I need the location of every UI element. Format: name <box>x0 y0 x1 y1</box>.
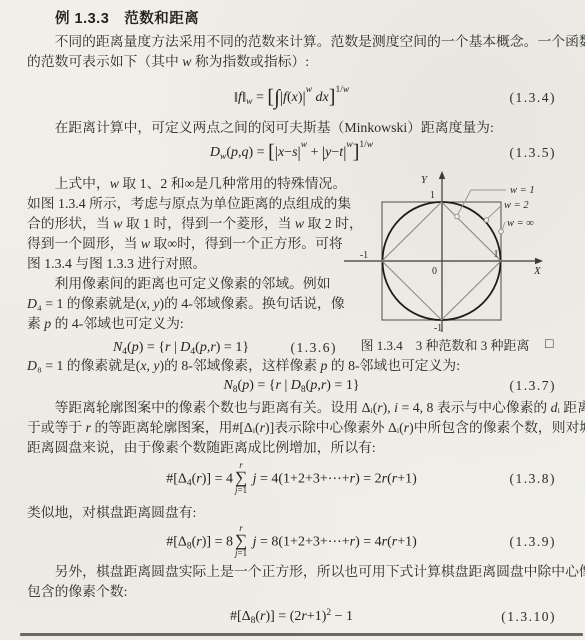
paragraph-line: 图 1.3.4 与图 1.3.3 进行对照。 <box>27 254 337 274</box>
equation-number: (1.3.10) <box>501 607 556 627</box>
equation-body: Dw(p,q) = [|x−s|w + |y−t|w]1/w <box>210 143 373 163</box>
leader-w-2 <box>488 205 502 218</box>
square-note-paragraph: 另外，棋盘距离圆盘实际上是一个正方形，所以也可用下式计算棋盘距离圆盘中除中心像素… <box>27 562 560 602</box>
paragraph-line: 合的形状，当 w 取 1 时，得到一个菱形，当 w 取 2 时， <box>27 214 337 234</box>
tick-left-minus-1: -1 <box>360 250 368 261</box>
figure-1-3-4: Y X 1 -1 1 0 -1 w = 1 w = 2 w = ∞ <box>338 170 562 344</box>
equation-1-3-8: #[Δ4(r)] = 4r∑j=1 j = 4(1+2+3+⋯+r) = 2r(… <box>27 458 556 500</box>
equation-1-3-5: Dw(p,q) = [|x−s|w + |y−t|w]1/w (1.3.5) <box>27 134 556 172</box>
contour-paragraph: 等距离轮廓图案中的像素个数也与距离有关。设用 Δᵢ(r), i = 4, 8 表… <box>27 398 560 458</box>
paragraph-line: 不同的距离量度方法采用不同的范数来计算。范数是测度空间的一个基本概念。一个函数 … <box>27 32 560 52</box>
equation-number: (1.3.6) <box>291 338 338 358</box>
curve-label-w-2: w = 2 <box>504 200 529 211</box>
paragraph-line: 得到一个圆形，当 w 取∞时，得到一个正方形。可将 <box>27 234 337 254</box>
equation-number: (1.3.5) <box>510 143 557 163</box>
d8-paragraph: D₈ = 1 的像素就是(x, y)的 8-邻域像素，这样像素 p 的 8-邻域… <box>27 356 560 376</box>
tick-bottom-minus-1: -1 <box>434 323 442 334</box>
leader-w-infinity <box>503 222 506 229</box>
paragraph-line: D₈ = 1 的像素就是(x, y)的 8-邻域像素，这样像素 p 的 8-邻域… <box>27 356 560 376</box>
marker-w-1 <box>455 214 460 219</box>
marker-w-infinity <box>499 229 504 234</box>
equation-number: (1.3.8) <box>510 469 557 489</box>
paragraph-line: 类似地，对棋盘距离圆盘有: <box>27 503 560 523</box>
x-axis-arrow-icon <box>535 258 543 264</box>
norms-distances-plot: Y X 1 -1 1 0 -1 w = 1 w = 2 w = ∞ <box>338 170 562 338</box>
paragraph-line: 另外，棋盘距离圆盘实际上是一个正方形，所以也可用下式计算棋盘距离圆盘中除中心像素… <box>27 562 560 582</box>
left-column-text: 上式中，w 取 1、2 和∞是几种常用的特殊情况。 如图 1.3.4 所示，考虑… <box>27 174 337 360</box>
equation-body: #[Δ8(r)] = 8r∑j=1 j = 8(1+2+3+⋯+r) = 4r(… <box>166 525 417 559</box>
equation-body: N4(p) = {r | D4(p,r) = 1} <box>113 338 249 358</box>
paragraph-line: 距离圆盘来说，由于像素个数随距离成比例增加，所以有: <box>27 438 560 458</box>
curve-label-w-infinity: w = ∞ <box>507 218 534 229</box>
equation-1-3-10: #[Δ8(r)] = (2r+1)2 − 1 (1.3.10) <box>27 604 556 630</box>
tick-right-1: 1 <box>494 249 499 260</box>
page-bottom-rule <box>20 633 583 636</box>
paragraph-line: 的范数可表示如下（其中 w 称为指数或指标）: <box>27 52 560 72</box>
end-of-example-icon: □ <box>545 335 553 355</box>
marker-w-2 <box>484 218 489 223</box>
equation-number: (1.3.4) <box>510 88 557 108</box>
y-axis-arrow-icon <box>439 171 445 179</box>
tick-top-1: 1 <box>430 190 435 201</box>
paragraph-line: 如图 1.3.4 所示，考虑与原点为单位距离的点组成的集 <box>27 194 337 214</box>
equation-body: #[Δ8(r)] = (2r+1)2 − 1 <box>230 607 353 627</box>
equation-body: N8(p) = {r | D8(p,r) = 1} <box>223 376 359 396</box>
paragraph-line: 上式中，w 取 1、2 和∞是几种常用的特殊情况。 <box>27 174 337 194</box>
paragraph-line: 于或等于 r 的等距离轮廓图案，用#[Δᵢ(r)]表示除中心像素外 Δᵢ(r)中… <box>27 418 560 438</box>
equation-body: ‖f‖w = [∫|f(x)|w dx]1/w <box>234 88 349 108</box>
equation-body: #[Δ4(r)] = 4r∑j=1 j = 4(1+2+3+⋯+r) = 2r(… <box>166 462 417 496</box>
paragraph-line: 等距离轮廓图案中的像素个数也与距离有关。设用 Δᵢ(r), i = 4, 8 表… <box>27 398 560 418</box>
equation-1-3-9: #[Δ8(r)] = 8r∑j=1 j = 8(1+2+3+⋯+r) = 4r(… <box>27 521 556 563</box>
example-title: 例 1.3.3 范数和距离 <box>55 9 199 29</box>
intro-paragraph: 不同的距离量度方法采用不同的范数来计算。范数是测度空间的一个基本概念。一个函数 … <box>27 32 560 72</box>
paragraph-line: 包含的像素个数: <box>27 582 560 602</box>
equation-number: (1.3.7) <box>510 376 557 396</box>
paragraph-line: 利用像素间的距离也可定义像素的邻域。例如 <box>27 274 337 294</box>
figure-caption: 图 1.3.4 3 种范数和 3 种距离 <box>338 336 552 356</box>
y-axis-label: Y <box>421 174 429 186</box>
textbook-page: 例 1.3.3 范数和距离 不同的距离量度方法采用不同的范数来计算。范数是测度空… <box>0 0 585 640</box>
paragraph-line: 素 p 的 4-邻域也可定义为: <box>27 314 337 334</box>
curve-label-w-1: w = 1 <box>510 185 535 196</box>
x-axis-label: X <box>533 265 542 277</box>
equation-number: (1.3.9) <box>510 532 557 552</box>
paragraph-line: D₄ = 1 的像素就是(x, y)的 4-邻域像素。换句话说，像 <box>27 294 337 314</box>
equation-1-3-4: ‖f‖w = [∫|f(x)|w dx]1/w (1.3.4) <box>27 78 556 118</box>
chessboard-paragraph: 类似地，对棋盘距离圆盘有: <box>27 503 560 523</box>
equation-1-3-7: N8(p) = {r | D8(p,r) = 1} (1.3.7) <box>27 374 556 398</box>
tick-origin-0: 0 <box>432 266 437 277</box>
